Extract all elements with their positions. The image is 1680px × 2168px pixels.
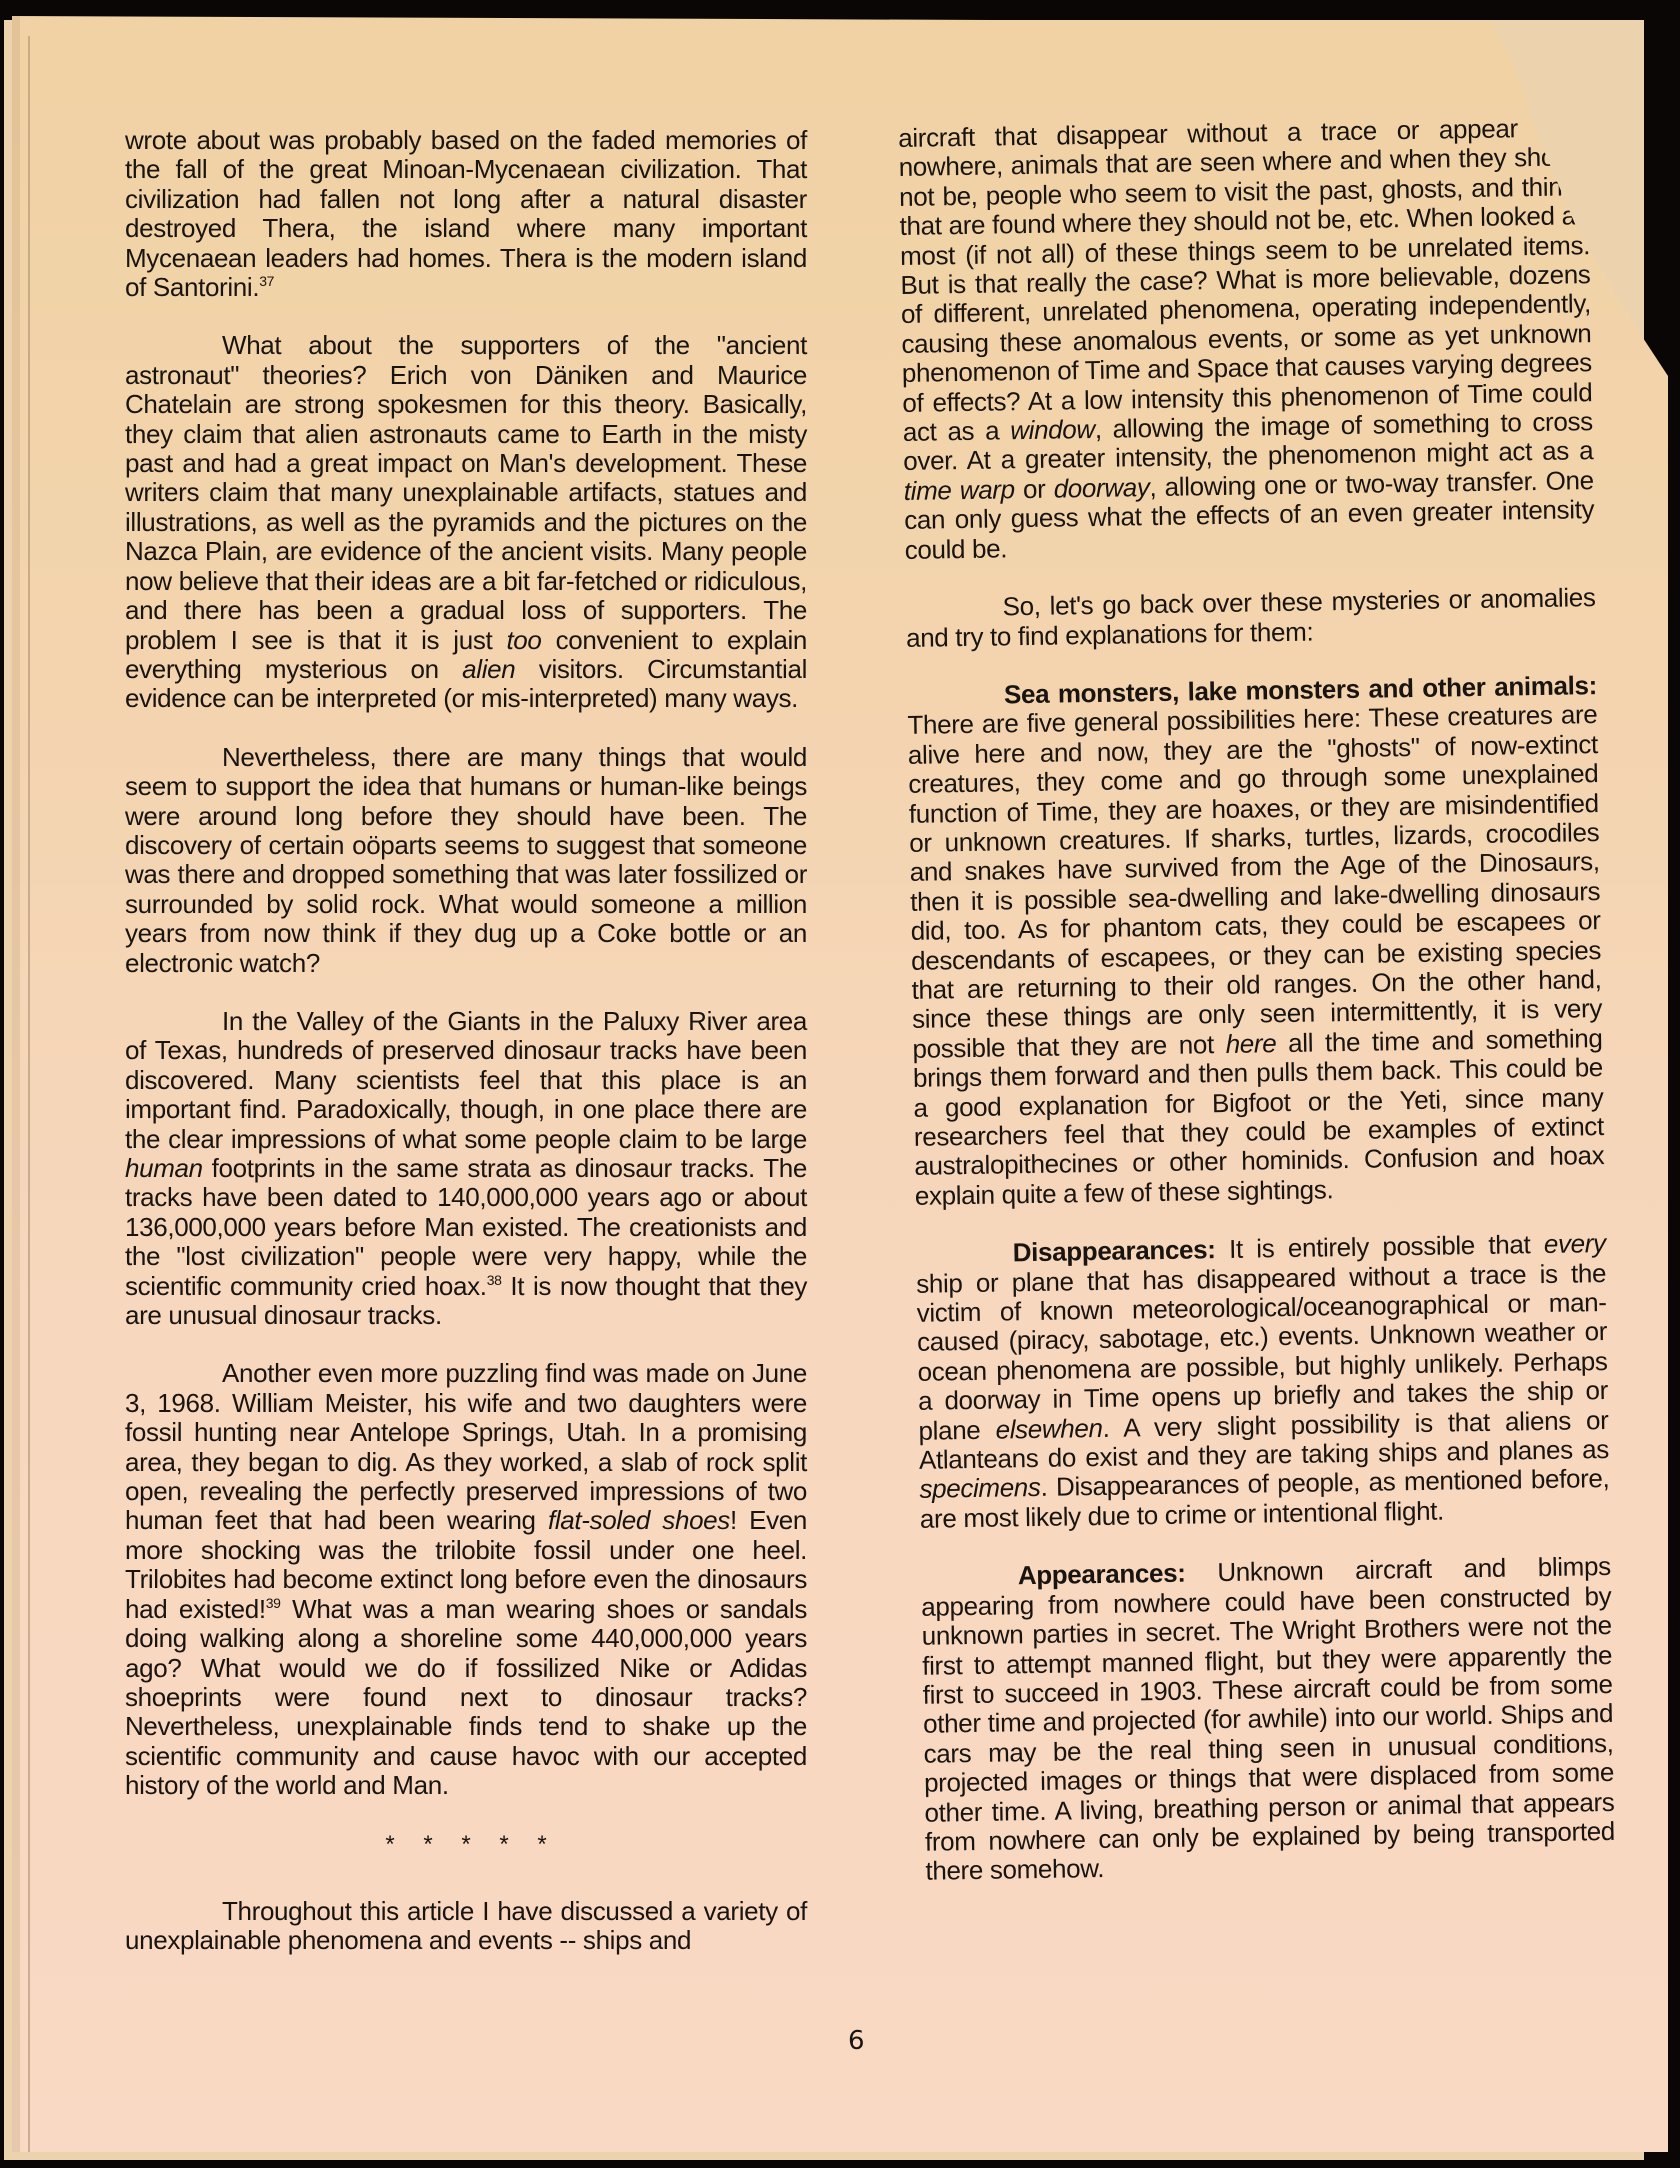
emphasis-text: here: [1225, 1028, 1276, 1059]
emphasis-text: window: [1010, 414, 1095, 445]
emphasis-text: too: [506, 625, 541, 655]
paragraph-text: or: [1014, 473, 1053, 504]
paragraph-ooparts: Nevertheless, there are many things that…: [125, 743, 807, 978]
paragraph-text: What about the supporters of the "ancien…: [125, 330, 807, 654]
paragraph-appearances: Appearances: Unknown aircraft and blimps…: [921, 1552, 1616, 1886]
paragraph-text: What was a man wearing shoes or sandals …: [125, 1594, 807, 1800]
paragraph-text: There are five general possibilities her…: [907, 699, 1602, 1063]
emphasis-text: specimens: [919, 1472, 1041, 1504]
paragraph-text: So, let's go back over these mysteries o…: [906, 582, 1596, 652]
paragraph-disappearances: Disappearances: It is entirely possible …: [916, 1229, 1611, 1534]
document-page: wrote about was probably based on the fa…: [12, 16, 1668, 2152]
footnote-ref: 37: [259, 273, 274, 289]
paragraph-text: Nevertheless, there are many things that…: [125, 742, 807, 978]
left-column: wrote about was probably based on the fa…: [125, 126, 807, 1985]
paragraph-text: aircraft that disappear without a trace …: [898, 112, 1593, 447]
paragraph-text: In the Valley of the Giants in the Palux…: [125, 1006, 807, 1154]
paragraph-text: wrote about was probably based on the fa…: [125, 125, 807, 302]
emphasis-text: elsewhen: [995, 1413, 1103, 1445]
right-column: aircraft that disappear without a trace …: [898, 113, 1616, 1915]
scanned-page-background: wrote about was probably based on the fa…: [0, 0, 1680, 2168]
paragraph-sea-monsters: Sea monsters, lake monsters and other an…: [907, 671, 1605, 1211]
footnote-ref: 39: [266, 1595, 281, 1611]
paragraph-time-phenomenon: aircraft that disappear without a trace …: [898, 113, 1595, 565]
emphasis-text: alien: [462, 654, 515, 684]
emphasis-text: flat-soled shoes: [548, 1505, 730, 1535]
section-separator: * * * * *: [125, 1830, 807, 1859]
paragraph-santorini: wrote about was probably based on the fa…: [125, 126, 807, 302]
section-heading: Disappearances:: [1013, 1234, 1216, 1267]
emphasis-text: doorway: [1053, 472, 1149, 504]
paragraph-ancient-astronauts: What about the supporters of the "ancien…: [125, 331, 807, 713]
paragraph-throughout: Throughout this article I have discussed…: [125, 1897, 807, 1956]
section-heading: Appearances:: [1018, 1558, 1186, 1591]
paragraph-go-back: So, let's go back over these mysteries o…: [905, 583, 1596, 653]
footnote-ref: 38: [487, 1272, 502, 1288]
page-left-edge-line: [28, 36, 30, 2166]
paragraph-meister-find: Another even more puzzling find was made…: [125, 1359, 807, 1800]
emphasis-text: human: [125, 1153, 203, 1183]
emphasis-text: every: [1544, 1228, 1606, 1259]
paragraph-text: Unknown aircraft and blimps appearing fr…: [921, 1551, 1615, 1886]
paragraph-paluxy-river: In the Valley of the Giants in the Palux…: [125, 1007, 807, 1330]
emphasis-text: time warp: [904, 474, 1015, 506]
page-number: 6: [848, 2026, 865, 2056]
paragraph-text: Throughout this article I have discussed…: [125, 1896, 807, 1955]
